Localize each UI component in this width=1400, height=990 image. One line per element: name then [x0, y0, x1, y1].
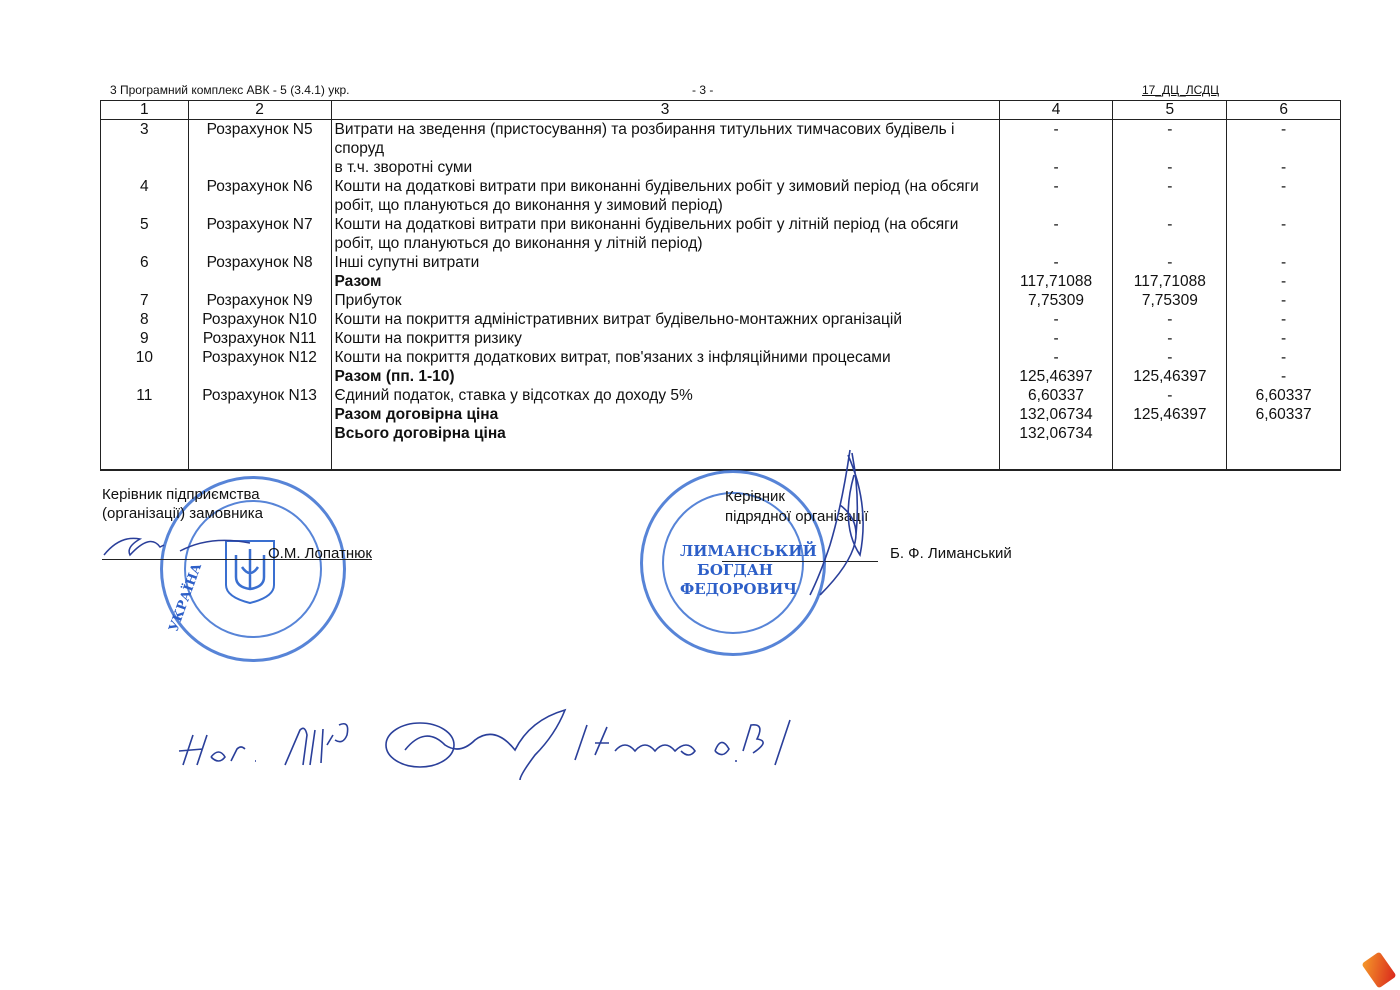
construction-cost: -	[1113, 348, 1227, 367]
other-cost: -	[1227, 310, 1341, 329]
row-number	[101, 158, 189, 177]
software-header: 3 Програмний комплекс АВК - 5 (3.4.1) ук…	[110, 83, 349, 97]
cost-description: в т.ч. зворотні суми	[331, 158, 999, 177]
contractor-name: Б. Ф. Лиманський	[890, 544, 1012, 563]
calculation-reference: Розрахунок N11	[188, 329, 331, 348]
other-cost: -	[1227, 177, 1341, 215]
customer-title-line1: Керівник підприємства	[102, 485, 260, 504]
construction-cost: -	[1113, 158, 1227, 177]
customer-signature	[100, 525, 270, 565]
other-cost: -	[1227, 253, 1341, 272]
column-header: 2	[188, 101, 331, 120]
total-cost: -	[999, 177, 1113, 215]
table-row: 5Розрахунок N7Кошти на додаткові витрати…	[101, 215, 1341, 253]
row-number: 4	[101, 177, 189, 215]
empty-cell	[1113, 443, 1227, 470]
total-cost: 7,75309	[999, 291, 1113, 310]
total-cost: 132,06734	[999, 424, 1113, 443]
calculation-reference: Розрахунок N10	[188, 310, 331, 329]
stamp-line: ФЕДОРОВИЧ	[680, 580, 790, 599]
row-number: 6	[101, 253, 189, 272]
row-number	[101, 405, 189, 424]
row-number	[101, 367, 189, 386]
page-number: - 3 -	[692, 83, 713, 97]
table-row: 9Розрахунок N11Кошти на покриття ризику-…	[101, 329, 1341, 348]
other-cost: -	[1227, 348, 1341, 367]
construction-cost: -	[1113, 215, 1227, 253]
table-row: Разом договірна ціна132,06734125,463976,…	[101, 405, 1341, 424]
cost-description: Інші супутні витрати	[331, 253, 999, 272]
other-cost: -	[1227, 158, 1341, 177]
construction-cost: -	[1113, 120, 1227, 159]
row-number: 3	[101, 120, 189, 159]
row-number: 11	[101, 386, 189, 405]
corner-badge-icon	[1361, 951, 1396, 988]
customer-title-line2: (організації) замовника	[102, 504, 263, 523]
row-number	[101, 424, 189, 443]
calculation-reference: Розрахунок N12	[188, 348, 331, 367]
cost-description: Разом	[331, 272, 999, 291]
calculation-reference: Розрахунок N8	[188, 253, 331, 272]
handwritten-approval-note	[175, 695, 795, 780]
other-cost: -	[1227, 329, 1341, 348]
total-cost: 125,46397	[999, 367, 1113, 386]
total-cost: -	[999, 158, 1113, 177]
construction-cost: 125,46397	[1113, 405, 1227, 424]
construction-cost	[1113, 424, 1227, 443]
cost-description: Кошти на додаткові витрати при виконанні…	[331, 177, 999, 215]
total-cost: 132,06734	[999, 405, 1113, 424]
construction-cost: -	[1113, 253, 1227, 272]
construction-cost: 125,46397	[1113, 367, 1227, 386]
document-code: 17_ДЦ_ЛСДЦ	[1142, 83, 1219, 97]
cost-description: Кошти на покриття додаткових витрат, пов…	[331, 348, 999, 367]
calculation-reference	[188, 158, 331, 177]
other-cost: 6,60337	[1227, 405, 1341, 424]
total-cost: -	[999, 329, 1113, 348]
customer-name: О.М. Лопатнюк	[268, 544, 372, 563]
calculation-reference: Розрахунок N9	[188, 291, 331, 310]
construction-cost: -	[1113, 310, 1227, 329]
table-padding-row	[101, 443, 1341, 470]
column-header: 1	[101, 101, 189, 120]
other-cost: -	[1227, 291, 1341, 310]
calculation-reference: Розрахунок N6	[188, 177, 331, 215]
calculation-reference	[188, 367, 331, 386]
column-number-row: 1 2 3 4 5 6	[101, 101, 1341, 120]
cost-description: Разом (пп. 1-10)	[331, 367, 999, 386]
row-number: 10	[101, 348, 189, 367]
table-row: 7Розрахунок N9Прибуток7,753097,75309-	[101, 291, 1341, 310]
cost-description: Прибуток	[331, 291, 999, 310]
other-cost: -	[1227, 120, 1341, 159]
other-cost: -	[1227, 367, 1341, 386]
table-row: Всього договірна ціна132,06734	[101, 424, 1341, 443]
cost-description: Єдиний податок, ставка у відсотках до до…	[331, 386, 999, 405]
cost-description: Кошти на додаткові витрати при виконанні…	[331, 215, 999, 253]
total-cost: -	[999, 348, 1113, 367]
table-row: 6Розрахунок N8Інші супутні витрати---	[101, 253, 1341, 272]
row-number: 7	[101, 291, 189, 310]
total-cost: -	[999, 120, 1113, 159]
total-cost: -	[999, 253, 1113, 272]
empty-cell	[1227, 443, 1341, 470]
cost-description: Разом договірна ціна	[331, 405, 999, 424]
construction-cost: 117,71088	[1113, 272, 1227, 291]
calculation-reference	[188, 272, 331, 291]
table-body: 3Розрахунок N5Витрати на зведення (прист…	[101, 120, 1341, 471]
table-row: 8Розрахунок N10Кошти на покриття адмініс…	[101, 310, 1341, 329]
table-row: Разом117,71088117,71088-	[101, 272, 1341, 291]
column-header: 5	[1113, 101, 1227, 120]
cost-description: Всього договірна ціна	[331, 424, 999, 443]
contractor-title-line1: Керівник	[725, 487, 785, 506]
cost-description: Кошти на покриття ризику	[331, 329, 999, 348]
other-cost: -	[1227, 272, 1341, 291]
other-cost: -	[1227, 215, 1341, 253]
empty-cell	[101, 443, 189, 470]
other-cost: 6,60337	[1227, 386, 1341, 405]
table-row: 4Розрахунок N6Кошти на додаткові витрати…	[101, 177, 1341, 215]
total-cost: -	[999, 310, 1113, 329]
estimate-table: 1 2 3 4 5 6 3Розрахунок N5Витрати на зве…	[100, 100, 1341, 471]
other-cost	[1227, 424, 1341, 443]
table-row: 3Розрахунок N5Витрати на зведення (прист…	[101, 120, 1341, 159]
empty-cell	[999, 443, 1113, 470]
calculation-reference	[188, 405, 331, 424]
stamp-line: ЛИМАНСЬКИЙ	[680, 542, 790, 561]
total-cost: 117,71088	[999, 272, 1113, 291]
column-header: 4	[999, 101, 1113, 120]
contractor-stamp-name: ЛИМАНСЬКИЙ БОГДАН ФЕДОРОВИЧ	[680, 542, 790, 599]
construction-cost: -	[1113, 177, 1227, 215]
construction-cost: 7,75309	[1113, 291, 1227, 310]
table-row: 10Розрахунок N12Кошти на покриття додатк…	[101, 348, 1341, 367]
empty-cell	[188, 443, 331, 470]
total-cost: 6,60337	[999, 386, 1113, 405]
total-cost: -	[999, 215, 1113, 253]
stamp-line: БОГДАН	[680, 561, 790, 580]
row-number: 9	[101, 329, 189, 348]
row-number: 8	[101, 310, 189, 329]
construction-cost: -	[1113, 329, 1227, 348]
contractor-signature	[780, 445, 900, 605]
table-row: Разом (пп. 1-10)125,46397125,46397-	[101, 367, 1341, 386]
cost-description: Кошти на покриття адміністративних витра…	[331, 310, 999, 329]
construction-cost: -	[1113, 386, 1227, 405]
column-header: 3	[331, 101, 999, 120]
calculation-reference: Розрахунок N13	[188, 386, 331, 405]
table-row: 11Розрахунок N13Єдиний податок, ставка у…	[101, 386, 1341, 405]
cost-description: Витрати на зведення (пристосування) та р…	[331, 120, 999, 159]
table-row: в т.ч. зворотні суми---	[101, 158, 1341, 177]
calculation-reference: Розрахунок N5	[188, 120, 331, 159]
row-number: 5	[101, 215, 189, 253]
row-number	[101, 272, 189, 291]
calculation-reference: Розрахунок N7	[188, 215, 331, 253]
calculation-reference	[188, 424, 331, 443]
column-header: 6	[1227, 101, 1341, 120]
